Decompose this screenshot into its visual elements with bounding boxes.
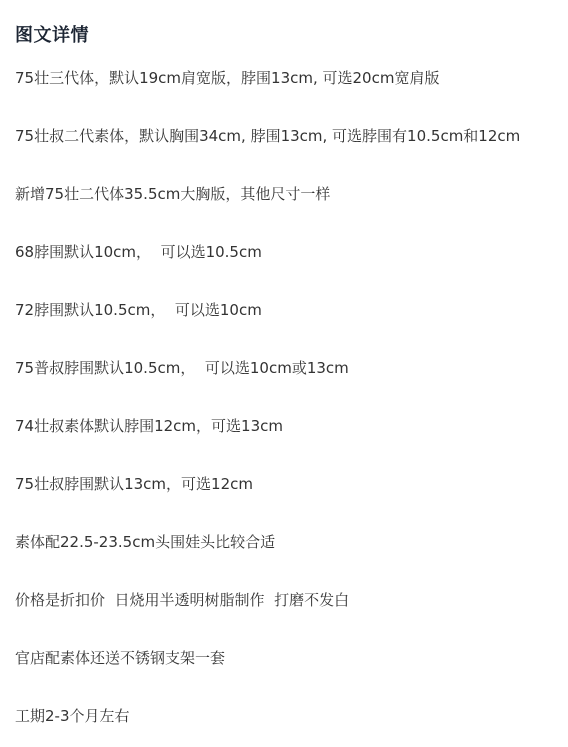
detail-line: 价格是折扣价 日烧用半透明树脂制作 打磨不发白 [15,590,553,610]
detail-line: 工期2-3个月左右 [15,706,553,726]
detail-line: 72脖围默认10.5cm， 可以选10cm [15,300,553,320]
section-title: 图文详情 [15,24,553,48]
detail-line: 75普叔脖围默认10.5cm， 可以选10cm或13cm [15,358,553,378]
detail-line: 新增75壮二代体35.5cm大胸版，其他尺寸一样 [15,184,553,204]
detail-line: 75壮三代体，默认19cm肩宽版，脖围13cm, 可选20cm宽肩版 [15,68,553,88]
detail-line: 75壮叔二代素体，默认胸围34cm, 脖围13cm, 可选脖围有10.5cm和1… [15,126,553,146]
product-detail-section: 图文详情 75壮三代体，默认19cm肩宽版，脖围13cm, 可选20cm宽肩版 … [0,0,568,726]
detail-line: 74壮叔素体默认脖围12cm，可选13cm [15,416,553,436]
detail-line: 素体配22.5-23.5cm头围娃头比较合适 [15,532,553,552]
detail-line: 官店配素体还送不锈钢支架一套 [15,648,553,668]
detail-line: 75壮叔脖围默认13cm，可选12cm [15,474,553,494]
detail-line: 68脖围默认10cm， 可以选10.5cm [15,242,553,262]
